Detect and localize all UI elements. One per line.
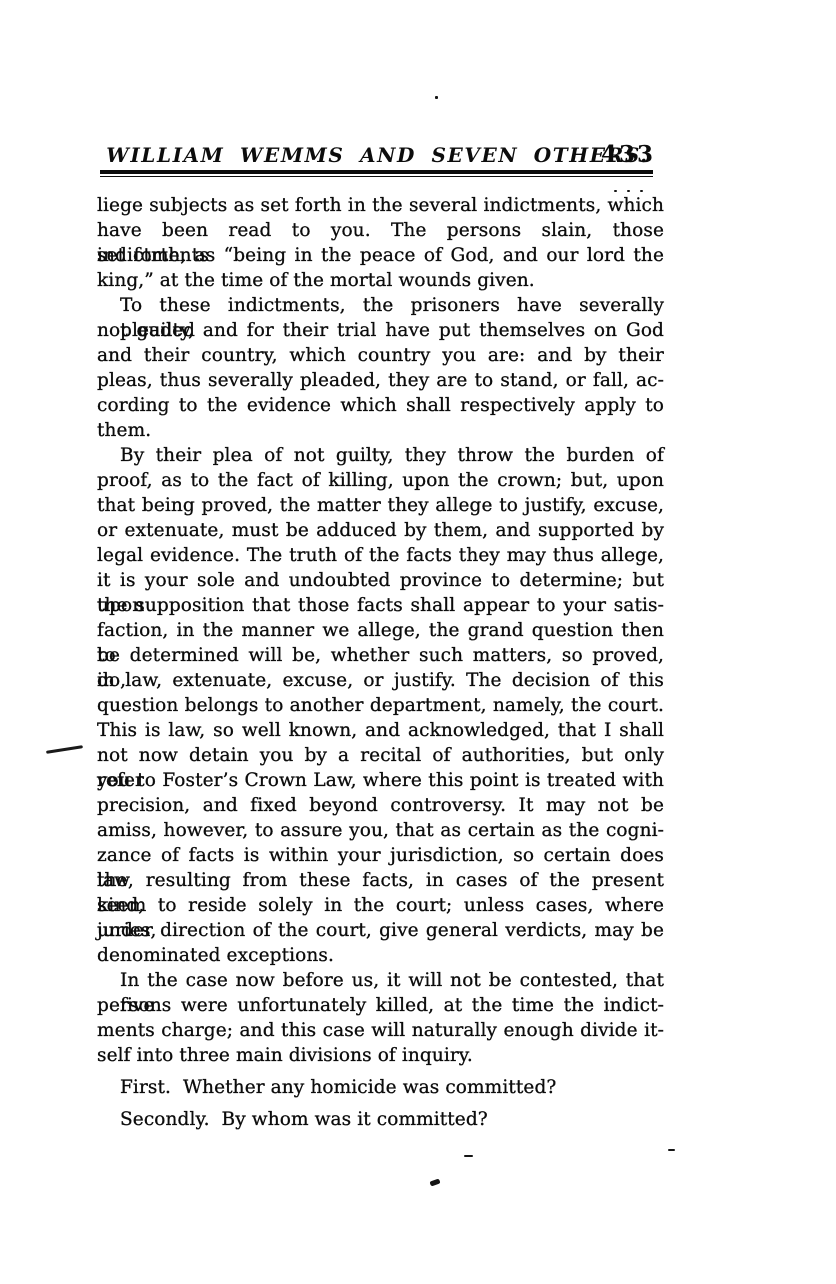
text-line: in law, extenuate, excuse, or justify. T…	[97, 668, 664, 693]
text-line: not guilty, and for their trial have put…	[97, 318, 664, 343]
text-line: legal evidence. The truth of the facts t…	[97, 543, 664, 568]
text-line: not now detain you by a recital of autho…	[97, 743, 664, 768]
text-line: or extenuate, must be adduced by them, a…	[97, 518, 664, 543]
text-line: precision, and fixed beyond controversy.…	[97, 793, 664, 818]
text-line: self into three main divisions of inquir…	[97, 1043, 664, 1068]
header-rule-thin	[100, 176, 653, 177]
text-line: cording to the evidence which shall resp…	[97, 393, 664, 418]
running-head: WILLIAM WEMMS AND SEVEN OTHERS. 433	[100, 143, 655, 169]
text-line: amiss, however, to assure you, that as c…	[97, 818, 664, 843]
text-line: proof, as to the fact of killing, upon t…	[97, 468, 664, 493]
page-body: liege subjects as set forth in the sever…	[97, 193, 664, 1132]
text-line: ments charge; and this case will natural…	[97, 1018, 664, 1043]
text-line: First. Whether any homicide was committe…	[97, 1075, 664, 1100]
text-line: king,” at the time of the mortal wounds …	[97, 268, 664, 293]
text-line: pleas, thus severally pleaded, they are …	[97, 368, 664, 393]
text-line: This is law, so well known, and acknowle…	[97, 718, 664, 743]
scan-speck	[614, 190, 617, 192]
text-line: law, resulting from these facts, in case…	[97, 868, 664, 893]
scan-speck	[627, 190, 630, 192]
scan-speck	[668, 1149, 675, 1151]
text-line: Secondly. By whom was it committed?	[97, 1107, 664, 1132]
scan-speck	[640, 190, 643, 192]
scan-speck	[464, 1155, 473, 1157]
text-line: question belongs to another department, …	[97, 693, 664, 718]
text-line: under direction of the court, give gener…	[97, 918, 664, 943]
running-head-title: WILLIAM WEMMS AND SEVEN OTHERS.	[100, 143, 655, 167]
text-line: liege subjects as set forth in the sever…	[97, 193, 664, 218]
page-number: 433	[601, 141, 655, 168]
text-line: faction, in the manner we allege, the gr…	[97, 618, 664, 643]
text-line: and their country, which country you are…	[97, 343, 664, 368]
text-line: be determined will be, whether such matt…	[97, 643, 664, 668]
margin-pen-mark	[46, 745, 83, 754]
book-page: WILLIAM WEMMS AND SEVEN OTHERS. 433 lieg…	[0, 0, 836, 1284]
header-rule	[100, 170, 653, 177]
text-line: that being proved, the matter they alleg…	[97, 493, 664, 518]
text-line: seem to reside solely in the court; unle…	[97, 893, 664, 918]
text-line: persons were unfortunately killed, at th…	[97, 993, 664, 1018]
scan-speck	[429, 1178, 440, 1186]
text-line: you to Foster’s Crown Law, where this po…	[97, 768, 664, 793]
text-line: the supposition that those facts shall a…	[97, 593, 664, 618]
text-line: By their plea of not guilty, they throw …	[97, 443, 664, 468]
text-line: have been read to you. The persons slain…	[97, 218, 664, 243]
text-line: In the case now before us, it will not b…	[97, 968, 664, 993]
scan-speck	[435, 96, 438, 99]
text-line: set forth, as “being in the peace of God…	[97, 243, 664, 268]
text-line: it is your sole and undoubted province t…	[97, 568, 664, 593]
text-line: denominated exceptions.	[97, 943, 664, 968]
text-line: them.	[97, 418, 664, 443]
text-line: zance of facts is within your jurisdicti…	[97, 843, 664, 868]
text-line: To these indictments, the prisoners have…	[97, 293, 664, 318]
header-rule-thick	[100, 170, 653, 174]
